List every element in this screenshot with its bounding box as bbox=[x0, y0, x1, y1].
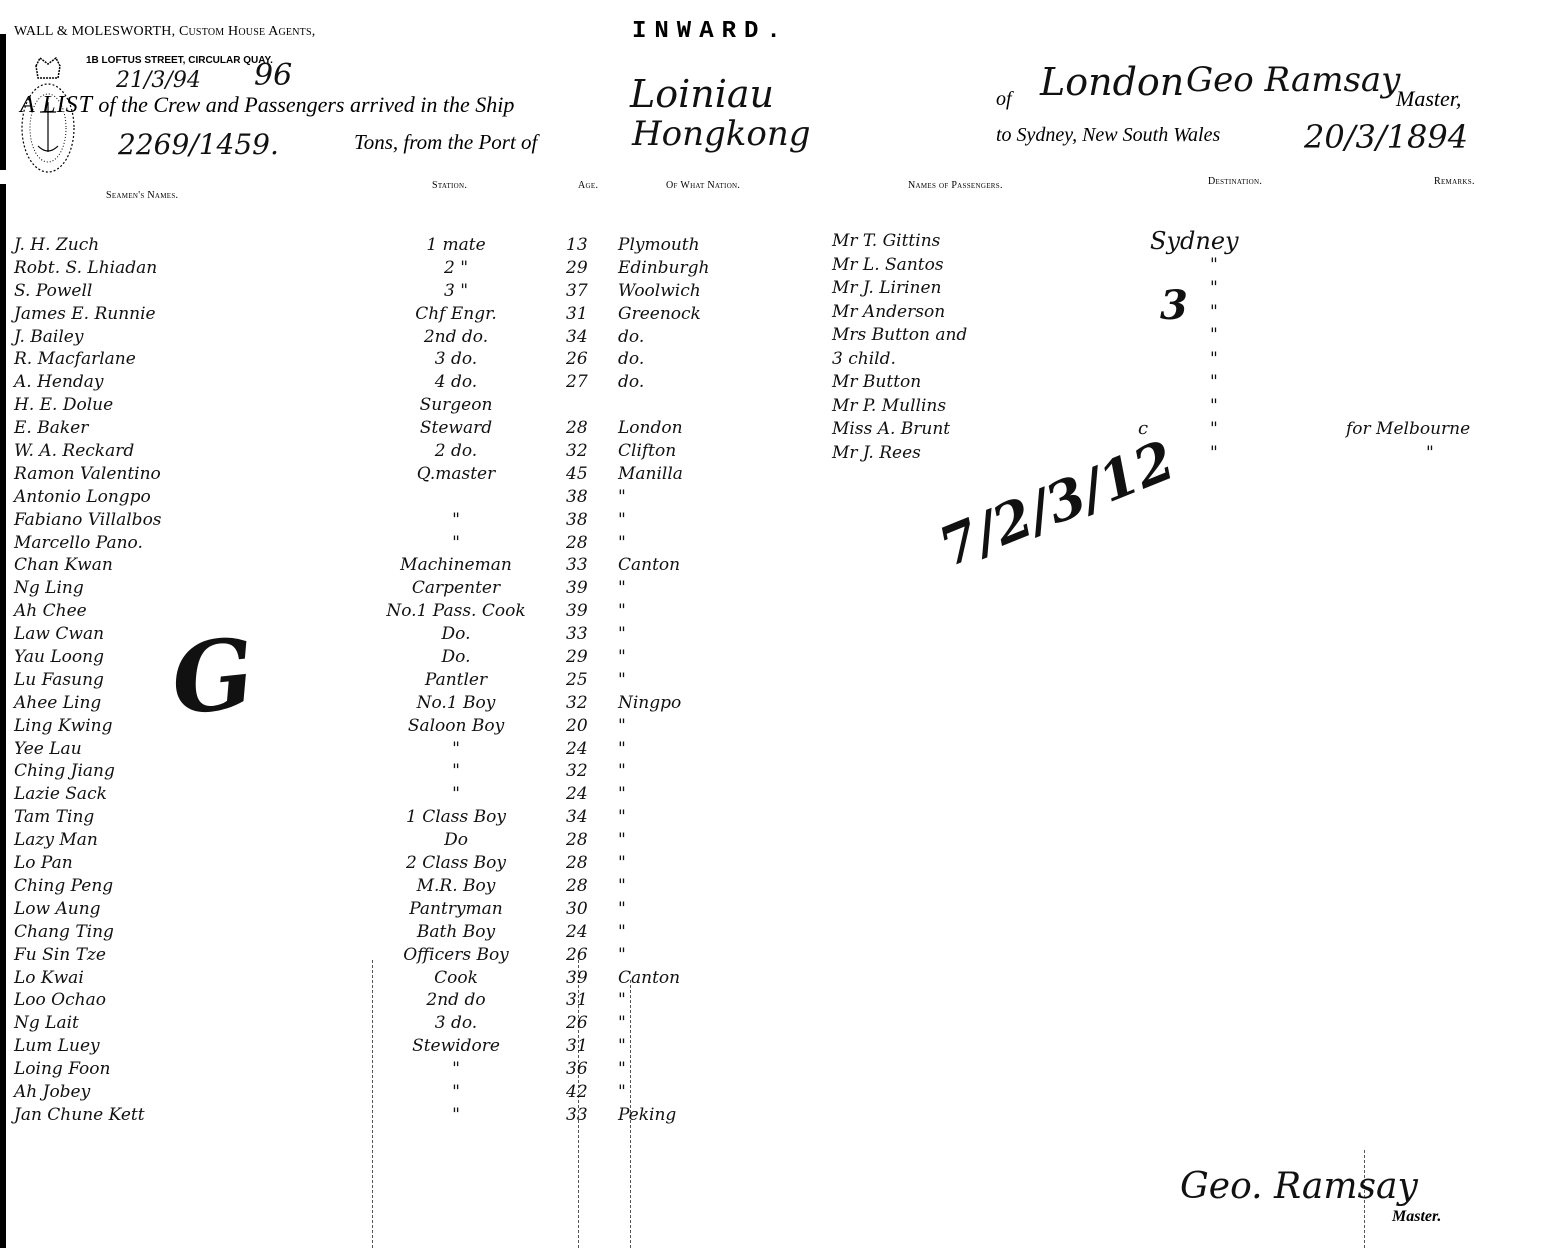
crew-name: Chang Ting bbox=[14, 921, 354, 944]
crew-nation: " bbox=[618, 738, 798, 761]
crew-nation: " bbox=[618, 577, 798, 600]
crew-age: 31 bbox=[566, 1035, 614, 1058]
crew-station: " bbox=[356, 1081, 556, 1104]
crew-station: 3 do. bbox=[356, 348, 556, 371]
passenger-remarks bbox=[1346, 254, 1542, 278]
crew-name: Ah Chee bbox=[14, 600, 354, 623]
crew-station: Q.master bbox=[356, 463, 556, 486]
crew-age: 26 bbox=[566, 348, 614, 371]
crew-nation: " bbox=[618, 600, 798, 623]
crew-name: J. H. Zuch bbox=[14, 234, 354, 257]
col-nation: Of What Nation. bbox=[666, 180, 740, 191]
crew-age: 31 bbox=[566, 989, 614, 1012]
col-destination: Destination. bbox=[1208, 176, 1262, 187]
crew-name: Ah Jobey bbox=[14, 1081, 354, 1104]
crew-age bbox=[566, 394, 614, 417]
list-word: A LIST bbox=[20, 92, 93, 118]
crew-name: Yee Lau bbox=[14, 738, 354, 761]
crew-nation: Manilla bbox=[618, 463, 798, 486]
passenger-remarks bbox=[1346, 277, 1542, 301]
crew-age: 39 bbox=[566, 600, 614, 623]
crew-station: M.R. Boy bbox=[356, 875, 556, 898]
agents-address: 1B LOFTUS STREET, CIRCULAR QUAY. bbox=[86, 55, 273, 66]
passenger-remarks: for Melbourne bbox=[1346, 418, 1542, 442]
crew-nation: " bbox=[618, 1035, 798, 1058]
crew-age: 32 bbox=[566, 760, 614, 783]
list-line-text: of the Crew and Passengers arrived in th… bbox=[98, 92, 514, 117]
crew-station: Surgeon bbox=[356, 394, 556, 417]
crew-station: Officers Boy bbox=[356, 944, 556, 967]
crew-name: Fabiano Villalbos bbox=[14, 509, 354, 532]
crew-nation: do. bbox=[618, 371, 798, 394]
crew-station: Pantler bbox=[356, 669, 556, 692]
passenger-name: Mr P. Mullins bbox=[832, 395, 1092, 419]
passenger-names-column: Mr T. Gittins Mr L. Santos Mr J. Lirinen… bbox=[832, 230, 1092, 465]
tons-line: Tons, from the Port of bbox=[354, 130, 537, 155]
passenger-name: Mr Button bbox=[832, 371, 1092, 395]
crew-age: 29 bbox=[566, 646, 614, 669]
crew-nation: " bbox=[618, 806, 798, 829]
destination-column: Sydney " " " " " " " " " bbox=[1210, 230, 1290, 465]
crew-name: E. Baker bbox=[14, 417, 354, 440]
station-column: 1 mate 2 " 3 " Chf Engr. 2nd do. 3 do. 4… bbox=[356, 234, 556, 1127]
crew-name: Marcello Pano. bbox=[14, 532, 354, 555]
crew-station: Machineman bbox=[356, 554, 556, 577]
crew-age: 31 bbox=[566, 303, 614, 326]
crew-station: 2 do. bbox=[356, 440, 556, 463]
stamp-mark: 96 bbox=[254, 58, 292, 93]
crew-name: Fu Sin Tze bbox=[14, 944, 354, 967]
crew-age: 28 bbox=[566, 852, 614, 875]
crew-age: 26 bbox=[566, 1012, 614, 1035]
crew-name: W. A. Reckard bbox=[14, 440, 354, 463]
crew-station: " bbox=[356, 509, 556, 532]
crew-age: 39 bbox=[566, 577, 614, 600]
crew-station: Saloon Boy bbox=[356, 715, 556, 738]
crew-age: 36 bbox=[566, 1058, 614, 1081]
passenger-destination: " bbox=[1210, 395, 1290, 419]
crew-name: Ching Jiang bbox=[14, 760, 354, 783]
crew-station: " bbox=[356, 532, 556, 555]
arrival-date: 20/3/1894 bbox=[1304, 118, 1468, 156]
crew-age: 32 bbox=[566, 692, 614, 715]
ship-manifest-page: WALL & MOLESWORTH, Custom House Agents, … bbox=[0, 0, 1542, 1248]
age-column: 13 29 37 31 34 26 27 28 32 45 38 38 28 3… bbox=[566, 234, 614, 1127]
crew-age: 28 bbox=[566, 875, 614, 898]
border-gap bbox=[0, 170, 6, 184]
crew-name: S. Powell bbox=[14, 280, 354, 303]
crew-name: Tam Ting bbox=[14, 806, 354, 829]
crew-station: Carpenter bbox=[356, 577, 556, 600]
crew-station: 1 mate bbox=[356, 234, 556, 257]
crew-station: 1 Class Boy bbox=[356, 806, 556, 829]
crew-age: 24 bbox=[566, 738, 614, 761]
crew-nation: " bbox=[618, 486, 798, 509]
destination-line: to Sydney, New South Wales bbox=[996, 124, 1220, 147]
crew-station: Do. bbox=[356, 646, 556, 669]
crew-name: J. Bailey bbox=[14, 326, 354, 349]
crew-station: Stewidore bbox=[356, 1035, 556, 1058]
remarks-column: for Melbourne " bbox=[1346, 230, 1542, 465]
crew-station bbox=[356, 486, 556, 509]
passenger-count-annotation: 3 bbox=[1160, 282, 1188, 329]
passenger-remarks bbox=[1346, 348, 1542, 372]
passenger-remarks: " bbox=[1346, 442, 1542, 466]
passenger-destination: " bbox=[1210, 442, 1290, 466]
crew-age: 26 bbox=[566, 944, 614, 967]
crew-age: 38 bbox=[566, 509, 614, 532]
crew-station: Do. bbox=[356, 623, 556, 646]
home-port: London bbox=[1040, 60, 1184, 104]
crew-nation: " bbox=[618, 989, 798, 1012]
crew-age: 33 bbox=[566, 1104, 614, 1127]
crew-station: " bbox=[356, 1104, 556, 1127]
passenger-name: 3 child. bbox=[832, 348, 1092, 372]
ship-name: Loiniau bbox=[630, 72, 774, 116]
crew-station: No.1 Boy bbox=[356, 692, 556, 715]
crew-station: Chf Engr. bbox=[356, 303, 556, 326]
crew-station: 3 " bbox=[356, 280, 556, 303]
crew-station: 2 Class Boy bbox=[356, 852, 556, 875]
crew-age: 29 bbox=[566, 257, 614, 280]
crew-age: 34 bbox=[566, 806, 614, 829]
passenger-remarks bbox=[1346, 395, 1542, 419]
crew-age: 24 bbox=[566, 783, 614, 806]
crew-nation: Clifton bbox=[618, 440, 798, 463]
crew-nation: Edinburgh bbox=[618, 257, 798, 280]
form-title: INWARD. bbox=[632, 18, 789, 45]
crew-name: H. E. Dolue bbox=[14, 394, 354, 417]
crew-age: 28 bbox=[566, 417, 614, 440]
crew-station: " bbox=[356, 1058, 556, 1081]
passenger-destination: " bbox=[1210, 301, 1290, 325]
passenger-name: Mrs Button and bbox=[832, 324, 1092, 348]
crew-name: Chan Kwan bbox=[14, 554, 354, 577]
passenger-remarks bbox=[1346, 230, 1542, 254]
of-label: of bbox=[996, 88, 1012, 111]
crew-age: 39 bbox=[566, 967, 614, 990]
passenger-name: Mr Anderson bbox=[832, 301, 1092, 325]
crew-station: " bbox=[356, 738, 556, 761]
passenger-remarks bbox=[1346, 324, 1542, 348]
crew-name: Lo Pan bbox=[14, 852, 354, 875]
crew-age: 30 bbox=[566, 898, 614, 921]
crew-station: Do bbox=[356, 829, 556, 852]
crew-age: 27 bbox=[566, 371, 614, 394]
passenger-destination: " bbox=[1210, 324, 1290, 348]
crew-station: 2nd do bbox=[356, 989, 556, 1012]
crew-age: 33 bbox=[566, 554, 614, 577]
crew-name: Robt. S. Lhiadan bbox=[14, 257, 354, 280]
agents-heading: WALL & MOLESWORTH, Custom House Agents, bbox=[14, 24, 315, 40]
passenger-remarks bbox=[1346, 371, 1542, 395]
crew-station: Steward bbox=[356, 417, 556, 440]
crew-age: 28 bbox=[566, 532, 614, 555]
crew-station: Pantryman bbox=[356, 898, 556, 921]
passenger-name: Mr J. Lirinen bbox=[832, 277, 1092, 301]
large-initial-annotation: G bbox=[166, 616, 259, 737]
list-heading-line: A LIST of the Crew and Passengers arrive… bbox=[20, 92, 514, 119]
passenger-destination: " bbox=[1210, 418, 1290, 442]
crew-nation: " bbox=[618, 1012, 798, 1035]
crew-name: A. Henday bbox=[14, 371, 354, 394]
crew-age: 32 bbox=[566, 440, 614, 463]
crew-age: 24 bbox=[566, 921, 614, 944]
col-remarks: Remarks. bbox=[1434, 176, 1475, 187]
crew-name: Ramon Valentino bbox=[14, 463, 354, 486]
crew-station: 2 " bbox=[356, 257, 556, 280]
crew-nation: do. bbox=[618, 348, 798, 371]
crew-nation: " bbox=[618, 921, 798, 944]
crew-station: Cook bbox=[356, 967, 556, 990]
crew-nation: " bbox=[618, 944, 798, 967]
crew-name: James E. Runnie bbox=[14, 303, 354, 326]
col-passengers: Names of Passengers. bbox=[908, 180, 1003, 191]
stamp-date: 21/3/94 bbox=[116, 68, 201, 93]
master-name: Geo Ramsay bbox=[1186, 60, 1400, 100]
crew-nation: Ningpo bbox=[618, 692, 798, 715]
crew-age: 37 bbox=[566, 280, 614, 303]
passenger-destination: " bbox=[1210, 254, 1290, 278]
crew-age: 38 bbox=[566, 486, 614, 509]
crew-station: " bbox=[356, 783, 556, 806]
crew-nation: " bbox=[618, 783, 798, 806]
page-left-border bbox=[0, 34, 6, 1248]
crew-nation: " bbox=[618, 623, 798, 646]
tonnage-value: 2269/1459. bbox=[118, 128, 279, 161]
col-age: Age. bbox=[578, 180, 598, 191]
crew-nation: " bbox=[618, 509, 798, 532]
crew-name: R. Macfarlane bbox=[14, 348, 354, 371]
crew-name: Lo Kwai bbox=[14, 967, 354, 990]
crew-age: 34 bbox=[566, 326, 614, 349]
crew-age: 45 bbox=[566, 463, 614, 486]
crew-nation: Canton bbox=[618, 967, 798, 990]
passenger-name: Miss A. Brunt bbox=[832, 418, 1092, 442]
crew-nation: " bbox=[618, 852, 798, 875]
passenger-name: Mr T. Gittins bbox=[832, 230, 1092, 254]
crew-age: 13 bbox=[566, 234, 614, 257]
passenger-destination: " bbox=[1210, 348, 1290, 372]
departure-port: Hongkong bbox=[632, 114, 811, 154]
crew-nation: do. bbox=[618, 326, 798, 349]
crew-nation: Canton bbox=[618, 554, 798, 577]
crew-nation: " bbox=[618, 715, 798, 738]
passenger-remarks bbox=[1346, 301, 1542, 325]
crew-name: Low Aung bbox=[14, 898, 354, 921]
crew-name: Antonio Longpo bbox=[14, 486, 354, 509]
crew-name: Lazy Man bbox=[14, 829, 354, 852]
crew-nation: " bbox=[618, 1081, 798, 1104]
crew-age: 28 bbox=[566, 829, 614, 852]
crew-nation: " bbox=[618, 669, 798, 692]
crew-age: 20 bbox=[566, 715, 614, 738]
crew-nation bbox=[618, 394, 798, 417]
crew-nation: " bbox=[618, 898, 798, 921]
crew-name: Loing Foon bbox=[14, 1058, 354, 1081]
crew-nation: London bbox=[618, 417, 798, 440]
crew-nation: Peking bbox=[618, 1104, 798, 1127]
crew-nation: " bbox=[618, 760, 798, 783]
crew-name: Ng Lait bbox=[14, 1012, 354, 1035]
passenger-destination: Sydney bbox=[1150, 230, 1290, 254]
signature-title: Master. bbox=[1392, 1208, 1441, 1226]
crew-station: Bath Boy bbox=[356, 921, 556, 944]
crew-name: Ng Ling bbox=[14, 577, 354, 600]
passenger-destination: " bbox=[1210, 371, 1290, 395]
crew-nation: Plymouth bbox=[618, 234, 798, 257]
master-signature: Geo. Ramsay bbox=[1180, 1166, 1418, 1207]
crew-station: " bbox=[356, 760, 556, 783]
crew-station: 4 do. bbox=[356, 371, 556, 394]
crew-nation: " bbox=[618, 532, 798, 555]
crew-nation: Woolwich bbox=[618, 280, 798, 303]
crew-age: 25 bbox=[566, 669, 614, 692]
crew-nation: Greenock bbox=[618, 303, 798, 326]
crew-age: 33 bbox=[566, 623, 614, 646]
crew-name: Lum Luey bbox=[14, 1035, 354, 1058]
passenger-name: Mr J. Rees bbox=[832, 442, 1092, 466]
crew-nation: " bbox=[618, 829, 798, 852]
col-station: Station. bbox=[432, 180, 467, 191]
crew-age: 42 bbox=[566, 1081, 614, 1104]
nation-column: Plymouth Edinburgh Woolwich Greenock do.… bbox=[618, 234, 798, 1127]
passenger-destination: " bbox=[1210, 277, 1290, 301]
crew-station: 2nd do. bbox=[356, 326, 556, 349]
col-seamen-names: Seamen's Names. bbox=[106, 190, 178, 201]
crew-name: Ching Peng bbox=[14, 875, 354, 898]
crew-nation: " bbox=[618, 1058, 798, 1081]
crew-name: Lazie Sack bbox=[14, 783, 354, 806]
passenger-name: Mr L. Santos bbox=[832, 254, 1092, 278]
crew-station: No.1 Pass. Cook bbox=[356, 600, 556, 623]
crew-name: Jan Chune Kett bbox=[14, 1104, 354, 1127]
master-label: Master, bbox=[1396, 86, 1461, 112]
crew-nation: " bbox=[618, 875, 798, 898]
crew-station: 3 do. bbox=[356, 1012, 556, 1035]
crew-name: Loo Ochao bbox=[14, 989, 354, 1012]
crew-nation: " bbox=[618, 646, 798, 669]
